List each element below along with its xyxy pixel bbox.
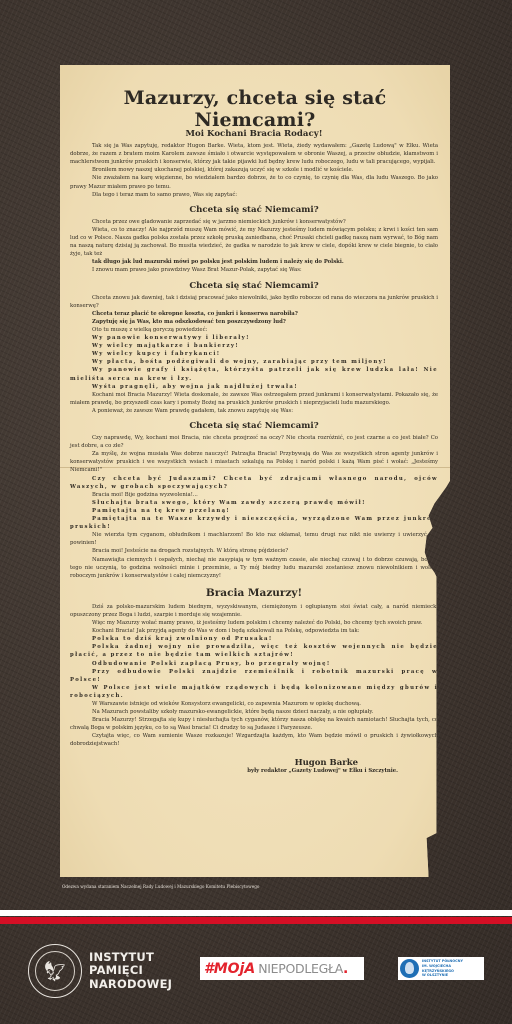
instytut-polnocny-logo[interactable]: INSTYTUT PÓŁNOCNY IM. WOJCIECHA KĘTRZYŃS… <box>398 957 484 980</box>
paragraph: Chceta teraz płacić te okropne koszta, c… <box>70 310 438 318</box>
paragraph: I znowu mam prawo jako prawdziwy Wasz Br… <box>70 266 438 274</box>
paragraph: Namawiajta ciemnych i ospałych, niechaj … <box>70 556 438 580</box>
paragraph: Za myślę, że wojna musiała Was dobrze na… <box>70 450 438 474</box>
paragraph: Bracia moi! Bije godzina wyzwolenia!... <box>70 491 438 499</box>
flag-stripe-white <box>0 910 512 916</box>
salutation: Moi Kochani Bracia Rodacy! <box>70 130 438 138</box>
moja-niepodlegla-logo[interactable]: #MOjA NIEPODLEGŁA . <box>200 957 364 980</box>
ipo-name: INSTYTUT PÓŁNOCNY IM. WOJCIECHA KĘTRZYŃS… <box>422 959 484 977</box>
red-dot: . <box>343 961 348 977</box>
paragraph: Oto tu muszę z wielką goryczą powiedzieć… <box>70 326 438 334</box>
section-heading: Chceta się stać Niemcami? <box>70 422 438 430</box>
paragraph: Wyśta pragnęli, aby wojna jak najdłużej … <box>70 383 438 391</box>
ipn-line-2: PAMIĘCI <box>89 964 172 978</box>
ipn-line-1: INSTYTUT <box>89 951 172 965</box>
paragraph: Polska żadnej wojny nie prowadziła, więc… <box>70 643 438 659</box>
paragraph: Chceta przez owe gladowanie zaprzedać si… <box>70 218 438 226</box>
paragraph: Pamiętajta na tę krew przelaną! <box>70 507 438 515</box>
niepodlegla-word: NIEPODLEGŁA <box>258 961 343 976</box>
paragraph: Dla tego i teraz mam to samo prawo, Was … <box>70 191 438 199</box>
paragraph: Nie wierzta tym cyganom, obłudnikom i ma… <box>70 531 438 547</box>
paragraph: Dziś za polsko-mazurskim ludem biednym, … <box>70 603 438 619</box>
paragraph: Wy płacta, bośta podżegiwali do wojny, z… <box>70 358 438 366</box>
paragraph: W Polsce jest wiele majątków rządowych i… <box>70 684 438 700</box>
paragraph: Wy wielcy kupcy i fabrykanci! <box>70 350 438 358</box>
eagle-seal-icon: 🦅︎ <box>28 944 82 998</box>
paragraph: Przy odbudowie Polski znajdzie rzemieśln… <box>70 668 438 684</box>
paragraph: Wy panowie konserwatywy i liberały! <box>70 334 438 342</box>
leaflet-document: Mazurzy, chceta się stać Niemcami? Moi K… <box>60 65 450 877</box>
paragraph: Słuchajta brata swego, który Wam zawdy s… <box>70 499 438 507</box>
paragraph: Polska to dziś kraj zwolniony od Prusaka… <box>70 635 438 643</box>
paragraph: Bracia moi! Jesteście na drogach rozstaj… <box>70 547 438 555</box>
portrait-icon <box>400 959 419 978</box>
paragraph: Odbudowanie Polski zapłacą Prusy, bo prz… <box>70 660 438 668</box>
ipo-line-3: W OLSZTYNIE <box>422 973 484 978</box>
paragraph: Czytajta więc, co Wam sumienie Wasze roz… <box>70 732 438 748</box>
ipn-line-3: NARODOWEJ <box>89 978 172 992</box>
ipn-logo[interactable]: 🦅︎ INSTYTUT PAMIĘCI NARODOWEJ <box>28 944 172 998</box>
document-body: Moi Kochani Bracia Rodacy! Tak się ja Wa… <box>70 123 438 775</box>
paragraph: Wy wielcy majątkarze i bankierzy! <box>70 342 438 350</box>
paragraph: Wieta, co to znaczy! Ale najprzód muszę … <box>70 226 438 258</box>
paragraph: Czy chceta być Judaszami? Chceta być zdr… <box>70 475 438 491</box>
ipn-name: INSTYTUT PAMIĘCI NARODOWEJ <box>89 951 172 992</box>
paragraph: A ponieważ, że zawsze Wam prawdę gadałem… <box>70 407 438 415</box>
paragraph: Zapytuję się ja Was, kto ma odszkodować … <box>70 318 438 326</box>
paragraph: Tak się ja Was zapytuję, redaktor Hugon … <box>70 142 438 166</box>
section-heading: Chceta się stać Niemcami? <box>70 206 438 214</box>
paragraph: W Warszawie istnieje od wieków Konsystor… <box>70 700 438 708</box>
paragraph: Broniłem mowy naszej ukochanej polskiej,… <box>70 166 438 174</box>
paragraph: Kochani Bracia! Jak przyjdą agenty do Wa… <box>70 627 438 635</box>
paragraph: Na Mazurach powstaliby szkoły mazursko-e… <box>70 708 438 716</box>
paragraph: Wy panowie grafy i książęta, którzyśta p… <box>70 366 438 382</box>
paragraph: Pamiętajta na te Wasze krzywdy i nieszcz… <box>70 515 438 531</box>
paragraph: Bracia Mazurzy! Strzegajta się kupy i ni… <box>70 716 438 732</box>
paragraph: Więc my Mazurzy wołać mamy prawo, iż jes… <box>70 619 438 627</box>
moja-hashtag: #MOjA <box>204 961 255 977</box>
paragraph: Chceta znowu jak dawniej, tak i dzisiaj … <box>70 294 438 310</box>
image-caption: Odezwa wydana staraniem Naczelnej Rady L… <box>62 884 259 889</box>
paragraph: Czy naprawdę, Wy, kochani moi Bracia, ni… <box>70 434 438 450</box>
eagle-icon: 🦅︎ <box>29 958 81 984</box>
ipo-line-2: IM. WOJCIECHA KĘTRZYŃSKIEGO <box>422 964 484 973</box>
section-heading: Bracia Mazurzy! <box>70 589 438 597</box>
paragraph: Kochani moi Bracia Mazurzy! Wieta doskon… <box>70 391 438 407</box>
flag-stripe-red <box>0 917 512 924</box>
signature-role: były redaktor „Gazety Ludowej" w Ełku i … <box>70 767 438 775</box>
paragraph: tak długo jak lud mazurski mówi po polsk… <box>70 258 438 266</box>
signature-name: Hugon Barke <box>70 759 438 767</box>
section-heading: Chceta się stać Niemcami? <box>70 282 438 290</box>
paragraph: Nie zważałem na karę więzienne, bo wiedz… <box>70 174 438 190</box>
